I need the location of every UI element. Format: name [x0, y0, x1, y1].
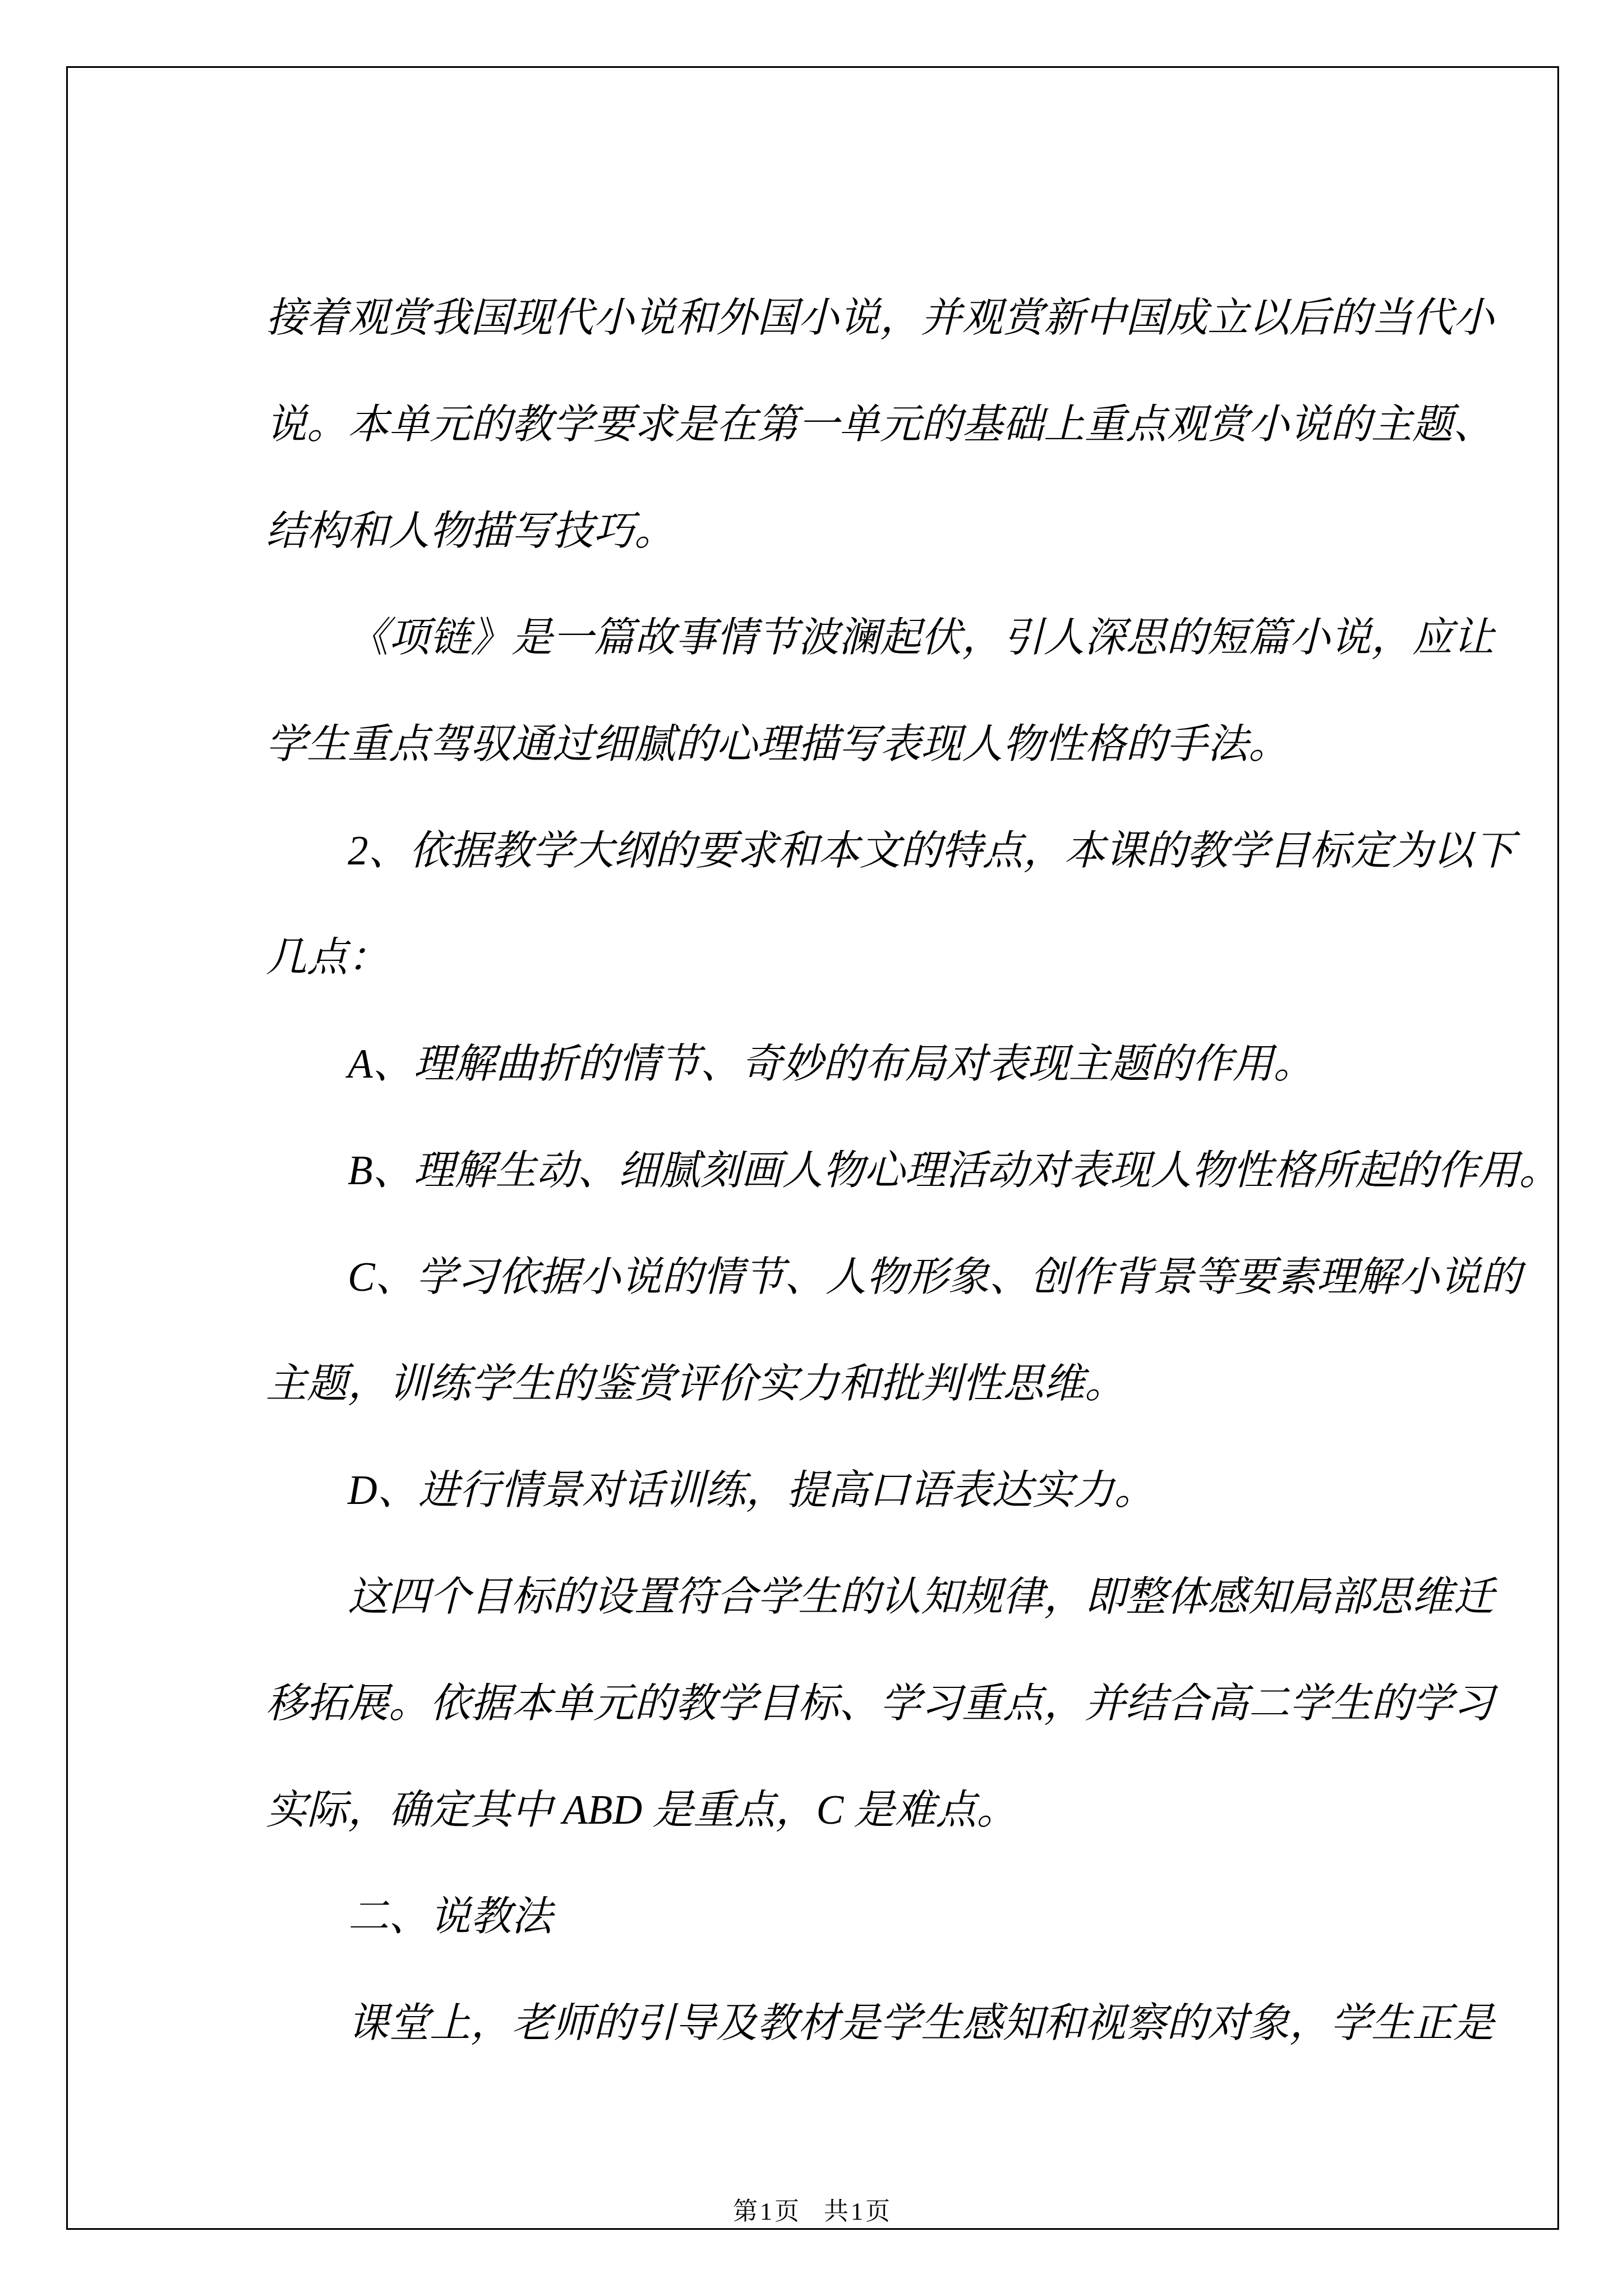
text-line: D、进行情景对话训练，提高口语表达实力。 — [266, 1437, 1500, 1544]
document-body: 接着观赏我国现代小说和外国小说，并观赏新中国成立以后的当代小 说。本单元的教学要… — [266, 265, 1500, 2077]
text-line: 移拓展。依据本单元的教学目标、学习重点，并结合高二学生的学习 — [266, 1650, 1500, 1757]
text-line: 几点： — [266, 904, 1500, 1011]
page-border-frame: 接着观赏我国现代小说和外国小说，并观赏新中国成立以后的当代小 说。本单元的教学要… — [66, 66, 1559, 2230]
page-footer: 第1页共1页 — [68, 2195, 1557, 2229]
page-total-label: 共1页 — [824, 2198, 892, 2225]
text-line: C、学习依据小说的情节、人物形象、创作背景等要素理解小说的 — [266, 1224, 1500, 1331]
text-line: 说。本单元的教学要求是在第一单元的基础上重点观赏小说的主题、 — [266, 371, 1500, 478]
text-line: 《项链》是一篇故事情节波澜起伏，引人深思的短篇小说，应让 — [266, 585, 1500, 691]
text-line: 主题，训练学生的鉴赏评价实力和批判性思维。 — [266, 1331, 1500, 1437]
text-line: 二、说教法 — [266, 1864, 1500, 1970]
text-line: 实际，确定其中 ABD 是重点，C 是难点。 — [266, 1757, 1500, 1864]
text-line: 2、依据教学大纲的要求和本文的特点，本课的教学目标定为以下 — [266, 798, 1500, 904]
text-line: 接着观赏我国现代小说和外国小说，并观赏新中国成立以后的当代小 — [266, 265, 1500, 371]
text-line: 课堂上，老师的引导及教材是学生感知和视察的对象，学生正是 — [266, 1970, 1500, 2077]
text-line: A、理解曲折的情节、奇妙的布局对表现主题的作用。 — [266, 1011, 1500, 1117]
text-line: 结构和人物描写技巧。 — [266, 478, 1500, 585]
text-line: 这四个目标的设置符合学生的认知规律，即整体感知局部思维迁 — [266, 1544, 1500, 1650]
page-number-label: 第1页 — [733, 2198, 801, 2225]
text-line: 学生重点驾驭通过细腻的心理描写表现人物性格的手法。 — [266, 691, 1500, 798]
text-line: B、理解生动、细腻刻画人物心理活动对表现人物性格所起的作用。 — [266, 1117, 1500, 1224]
document-page: 接着观赏我国现代小说和外国小说，并观赏新中国成立以后的当代小 说。本单元的教学要… — [0, 0, 1623, 2296]
